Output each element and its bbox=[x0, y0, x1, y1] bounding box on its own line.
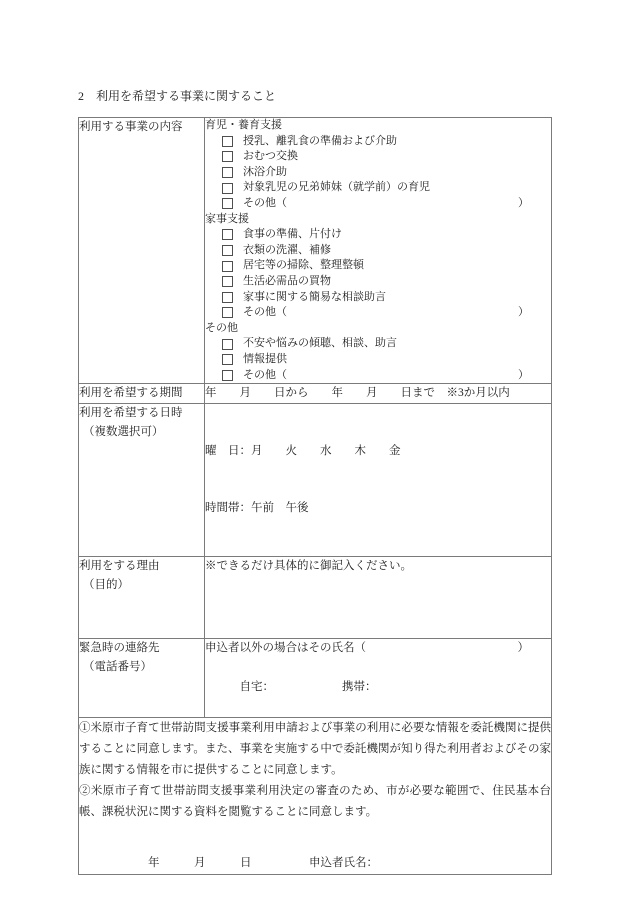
emergency-contact-value: 申込者以外の場合はその氏名（ ） 自宅：携帯： bbox=[205, 639, 552, 718]
checkbox-item: 授乳、離乳食の準備および介助 bbox=[205, 134, 551, 150]
row-reason: 利用をする理由 （目的） ※できるだけ具体的に御記入ください。 bbox=[79, 557, 552, 639]
mobile-phone-label: 携帯： bbox=[342, 681, 377, 693]
close-paren: ） bbox=[518, 368, 529, 384]
timeband-options-line: 時間帯：午前 午後 bbox=[205, 499, 551, 518]
emergency-contact-label-line2: （電話番号） bbox=[79, 658, 204, 677]
checkbox-item-label: 生活必需品の買物 bbox=[243, 274, 331, 290]
checkbox-item-label: 沐浴介助 bbox=[243, 165, 287, 181]
signature-line: 年 月 日 申込者氏名： bbox=[79, 853, 551, 874]
checkbox-icon bbox=[222, 339, 233, 350]
checkbox-item: 衣類の洗濯、補修 bbox=[205, 243, 551, 259]
checkbox-item: 生活必需品の買物 bbox=[205, 274, 551, 290]
checkbox-item-label: 授乳、離乳食の準備および介助 bbox=[243, 134, 397, 150]
group-heading-childcare: 育児・養育支援 bbox=[205, 118, 551, 134]
reason-note: ※できるだけ具体的に御記入ください。 bbox=[205, 557, 551, 576]
close-paren: ） bbox=[518, 639, 530, 659]
consent-paragraph-1: ①米原市子育て世帯訪問支援事業利用申請および事業の利用に必要な情報を委託機関に提… bbox=[79, 718, 551, 781]
home-phone-label: 自宅： bbox=[240, 681, 275, 693]
checkbox-item-label: 食事の準備、片付け bbox=[243, 227, 342, 243]
desired-period-label: 利用を希望する期間 bbox=[79, 384, 205, 404]
emergency-contact-label-line1: 緊急時の連絡先 bbox=[79, 639, 204, 658]
weekday-options-line: 曜 日：月 火 水 木 金 bbox=[205, 442, 551, 461]
checkbox-icon bbox=[222, 198, 233, 209]
checkbox-item-label: 対象乳児の兄弟姉妹（就学前）の育児 bbox=[243, 180, 430, 196]
consent-section: ①米原市子育て世帯訪問支援事業利用申請および事業の利用に必要な情報を委託機関に提… bbox=[79, 718, 552, 875]
application-form-table: 利用する事業の内容 育児・養育支援 授乳、離乳食の準備および介助 おむつ交換 沐… bbox=[78, 117, 552, 875]
service-content-label: 利用する事業の内容 bbox=[79, 118, 205, 384]
checkbox-item-label: 不安や悩みの傾聴、相談、助言 bbox=[243, 336, 397, 352]
checkbox-item: 食事の準備、片付け bbox=[205, 227, 551, 243]
section-title: 2 利用を希望する事業に関すること bbox=[78, 88, 552, 104]
desired-datetime-value: 曜 日：月 火 水 木 金 時間帯：午前 午後 bbox=[205, 404, 552, 557]
reason-label-line2: （目的） bbox=[79, 576, 204, 595]
emergency-name-label: 申込者以外の場合はその氏名（ bbox=[205, 639, 366, 659]
form-section: 2 利用を希望する事業に関すること 利用する事業の内容 育児・養育支援 授乳、離… bbox=[78, 88, 552, 875]
checkbox-item-other: その他（ ） bbox=[205, 196, 551, 212]
checkbox-item-label: その他（ bbox=[243, 368, 287, 384]
checkbox-icon bbox=[222, 354, 233, 365]
checkbox-item-label: 衣類の洗濯、補修 bbox=[243, 243, 331, 259]
blank-write-in-space bbox=[366, 639, 518, 659]
emergency-contact-label: 緊急時の連絡先 （電話番号） bbox=[79, 639, 205, 718]
checkbox-icon bbox=[222, 307, 233, 318]
group-heading-other: その他 bbox=[205, 321, 551, 337]
reason-label-line1: 利用をする理由 bbox=[79, 557, 204, 576]
checkbox-icon bbox=[222, 292, 233, 303]
checkbox-icon bbox=[222, 136, 233, 147]
document-page: 2 利用を希望する事業に関すること 利用する事業の内容 育児・養育支援 授乳、離… bbox=[0, 0, 630, 903]
checkbox-item: 対象乳児の兄弟姉妹（就学前）の育児 bbox=[205, 180, 551, 196]
row-service-content: 利用する事業の内容 育児・養育支援 授乳、離乳食の準備および介助 おむつ交換 沐… bbox=[79, 118, 552, 384]
checkbox-icon bbox=[222, 370, 233, 381]
checkbox-icon bbox=[222, 183, 233, 194]
consent-paragraph-2: ②米原市子育て世帯訪問支援事業利用決定の審査のため、市が必要な範囲で、住民基本台… bbox=[79, 781, 551, 823]
group-heading-housework: 家事支援 bbox=[205, 212, 551, 228]
checkbox-item-label: その他（ bbox=[243, 196, 287, 212]
checkbox-item: 家事に関する簡易な相談助言 bbox=[205, 290, 551, 306]
checkbox-item-other: その他（ ） bbox=[205, 305, 551, 321]
row-desired-datetime: 利用を希望する日時 （複数選択可） 曜 日：月 火 水 木 金 時間帯：午前 午… bbox=[79, 404, 552, 557]
checkbox-icon bbox=[222, 229, 233, 240]
desired-datetime-label: 利用を希望する日時 （複数選択可） bbox=[79, 404, 205, 557]
reason-label: 利用をする理由 （目的） bbox=[79, 557, 205, 639]
checkbox-item: おむつ交換 bbox=[205, 149, 551, 165]
checkbox-icon bbox=[222, 167, 233, 178]
desired-period-value: 年 月 日から 年 月 日まで ※3か月以内 bbox=[205, 384, 552, 404]
checkbox-item-other: その他（ ） bbox=[205, 368, 551, 384]
checkbox-item-label: 家事に関する簡易な相談助言 bbox=[243, 290, 386, 306]
close-paren: ） bbox=[518, 196, 529, 212]
checkbox-icon bbox=[222, 261, 233, 272]
checkbox-item: 情報提供 bbox=[205, 352, 551, 368]
emergency-phone-line: 自宅：携帯： bbox=[205, 659, 551, 718]
checkbox-item-label: その他（ bbox=[243, 305, 287, 321]
desired-datetime-label-line1: 利用を希望する日時 bbox=[79, 404, 204, 423]
emergency-name-line: 申込者以外の場合はその氏名（ ） bbox=[205, 639, 551, 659]
checkbox-item-label: 居宅等の掃除、整理整頓 bbox=[243, 258, 364, 274]
row-consent: ①米原市子育て世帯訪問支援事業利用申請および事業の利用に必要な情報を委託機関に提… bbox=[79, 718, 552, 875]
checkbox-item: 沐浴介助 bbox=[205, 165, 551, 181]
close-paren: ） bbox=[518, 305, 529, 321]
checkbox-item-label: 情報提供 bbox=[243, 352, 287, 368]
row-desired-period: 利用を希望する期間 年 月 日から 年 月 日まで ※3か月以内 bbox=[79, 384, 552, 404]
checkbox-item: 居宅等の掃除、整理整頓 bbox=[205, 258, 551, 274]
row-emergency-contact: 緊急時の連絡先 （電話番号） 申込者以外の場合はその氏名（ ） 自宅：携帯： bbox=[79, 639, 552, 718]
desired-datetime-label-line2: （複数選択可） bbox=[79, 423, 204, 442]
checkbox-item: 不安や悩みの傾聴、相談、助言 bbox=[205, 336, 551, 352]
reason-value: ※できるだけ具体的に御記入ください。 bbox=[205, 557, 552, 639]
checkbox-item-label: おむつ交換 bbox=[243, 149, 298, 165]
checkbox-icon bbox=[222, 245, 233, 256]
service-content-value: 育児・養育支援 授乳、離乳食の準備および介助 おむつ交換 沐浴介助 bbox=[205, 118, 552, 384]
checkbox-icon bbox=[222, 276, 233, 287]
checkbox-icon bbox=[222, 151, 233, 162]
